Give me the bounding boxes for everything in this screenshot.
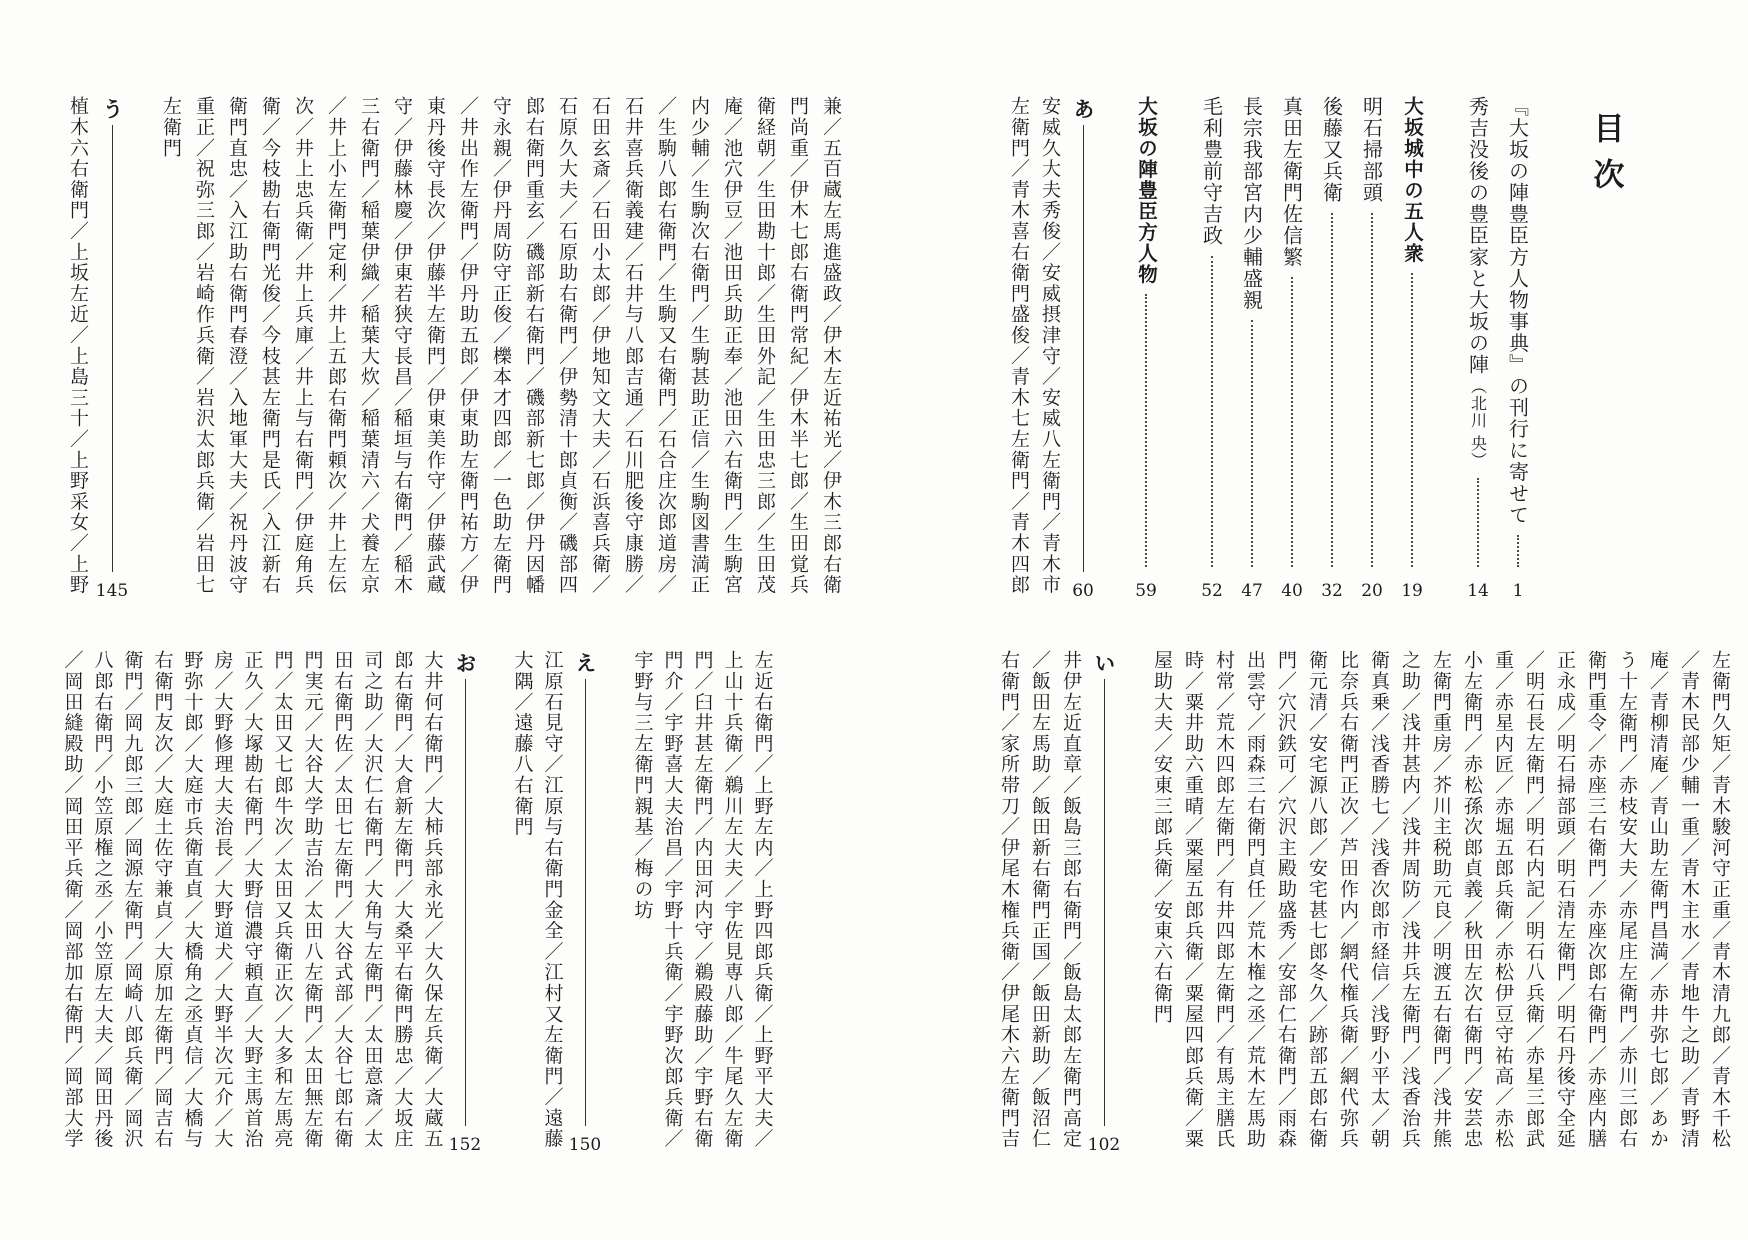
name-column: 出雲守／雨森三右衛門貞任／荒木権之丞／荒木左馬助 (1240, 650, 1271, 1155)
name-column: 門／臼井甚左衛門／内田河内守／鵜殿藤助／宇野右衛 (688, 650, 718, 1155)
toc-entry: 大坂の陣豊臣方人物59 (1126, 96, 1166, 601)
name-column-text: 石原久大夫／石原助右衛門／伊勢清十郎貞衡／磯部四 (554, 96, 581, 595)
name-column-text: 守／伊藤林慶／伊東若狭守長昌／稲垣与右衛門／稲木 (389, 96, 416, 595)
name-column: 野弥十郎／大庭市兵衛直貞／大橋角之丞貞信／大橋与 (178, 650, 208, 1155)
kana-section-header: い102 (1087, 650, 1121, 1155)
scanned-toc-page: { "tiers": { "rt": { "items": [ {"t":"ti… (0, 0, 1748, 1240)
toc-entry-label: 後藤又兵衛 (1318, 96, 1347, 204)
kana-section-header: え150 (568, 650, 602, 1155)
name-column: 左衛門久矩／青木駿河守正重／青木清九郎／青木千松 (1705, 650, 1736, 1155)
name-column-text: ／井上小左衛門定利／井上五郎右衛門頼次／井上左伝 (323, 96, 350, 595)
name-column: 重／赤星内匠／赤堀五郎兵衛／赤松伊豆守祐高／赤松 (1488, 650, 1519, 1155)
name-column: 衛門重令／赤座三右衛門／赤座次郎右衛門／赤座内膳 (1581, 650, 1612, 1155)
name-column: 大井何右衛門／大柿兵部永光／大久保左兵衛／大蔵五 (418, 650, 448, 1155)
name-column: 大隅／遠藤八右衛門 (508, 650, 538, 1155)
name-column: 東丹後守長次／伊藤半左衛門／伊東美作守／伊藤武蔵 (419, 96, 452, 601)
toc-entry: 長宗我部宮内少輔盛親47 (1232, 96, 1272, 601)
name-column-text: 庵／青柳清庵／青山助左衛門昌満／赤井弥七郎／あか (1645, 650, 1672, 1149)
name-column-text: 守永親／伊丹周防守正俊／櫟本才四郎／一色助左衛門 (488, 96, 515, 595)
name-column: 守／伊藤林慶／伊東若狭守長昌／稲垣与右衛門／稲木 (386, 96, 419, 601)
section-rule (1083, 125, 1084, 572)
name-column: 江原石見守／江原与右衛門金全／江村又左衛門／遠藤 (538, 650, 568, 1155)
name-column-text: 左近右衛門／上野左内／上野四郎兵衛／上野平大夫／ (750, 650, 777, 1149)
name-column-text: 東丹後守長次／伊藤半左衛門／伊東美作守／伊藤武蔵 (422, 96, 449, 595)
name-column: 井伊左近直章／飯島三郎右衛門／飯島太郎左衛門高定 (1056, 650, 1087, 1155)
toc-tier-right-bottom: 左衛門久矩／青木駿河守正重／青木清九郎／青木千松／青木民部少輔一重／青木主水／青… (994, 650, 1736, 1155)
page-number: 52 (1201, 576, 1223, 601)
dotted-leader (1331, 213, 1333, 568)
name-column-text: 上山十兵衛／鵜川左大夫／宇佐見専八郎／牛尾久左衛 (720, 650, 747, 1149)
name-column-text: 石井喜兵衛義建／石井与八郎吉通／石川肥後守康勝／ (620, 96, 647, 595)
name-column-text: 之助／浅井甚内／浅井周防／浅井兵左衛門／浅香治兵 (1397, 650, 1424, 1149)
name-column: 衛元清／安宅源八郎／安宅甚七郎冬久／跡部五郎右衛 (1302, 650, 1333, 1155)
name-column-text: 門尚重／伊木七郎右衛門常紀／伊木半七郎／生田覚兵 (785, 96, 812, 595)
name-column: 左衛門 (155, 96, 188, 601)
kana-section-label: え (570, 650, 600, 673)
kana-section-header: あ60 (1066, 96, 1100, 601)
name-column: 正永成／明石掃部頭／明石清左衛門／明石丹後守全延 (1550, 650, 1581, 1155)
toc-entry-label: 長宗我部宮内少輔盛親 (1238, 96, 1267, 311)
name-column-text: 門／太田又七郎牛次／太田又兵衛正次／大多和左馬亮 (270, 650, 297, 1149)
name-column: 兼／五百蔵左馬進盛政／伊木左近祐光／伊木三郎右衛 (815, 96, 848, 601)
name-column-text: 大隅／遠藤八右衛門 (510, 650, 537, 837)
name-column: 石田玄斎／石田小太郎／伊地知文大夫／石浜喜兵衛／ (584, 96, 617, 601)
name-column: 石井喜兵衛義建／石井与八郎吉通／石川肥後守康勝／ (617, 96, 650, 601)
section-rule (465, 679, 466, 1126)
name-column-text: 門介／宇野喜大夫治昌／宇野十兵衛／宇野次郎兵衛／ (660, 650, 687, 1149)
name-column-text: 衛門重令／赤座三右衛門／赤座次郎右衛門／赤座内膳 (1583, 650, 1610, 1149)
name-column: 屋助大夫／安東三郎兵衛／安東六右衛門 (1147, 650, 1178, 1155)
section-rule (1104, 679, 1105, 1126)
page-number: 152 (449, 1130, 481, 1155)
name-column-text: 左衛門久矩／青木駿河守正重／青木清九郎／青木千松 (1707, 650, 1734, 1149)
dotted-leader (1411, 273, 1413, 567)
dotted-leader (1251, 320, 1253, 567)
dotted-leader (1517, 535, 1519, 567)
toc-entry: 後藤又兵衛32 (1312, 96, 1352, 601)
name-column-text: 重正／祝弥三郎／岩崎作兵衛／岩沢太郎兵衛／岩田七 (191, 96, 218, 595)
toc-entry-label: 明石掃部頭 (1358, 96, 1387, 204)
name-column-text: 内少輔／生駒次右衛門／生駒甚助正信／生駒図書満正 (686, 96, 713, 595)
name-column: 郎右衛門／大倉新左衛門／大桑平右衛門勝忠／大坂庄 (388, 650, 418, 1155)
name-column-text: 衛／今枝勘右衛門光俊／今枝甚左衛門是氏／入江新右 (257, 96, 284, 595)
name-column-text: 石田玄斎／石田小太郎／伊地知文大夫／石浜喜兵衛／ (587, 96, 614, 595)
page-number: 47 (1241, 576, 1263, 601)
name-column-text: 安威久大夫秀俊／安威摂津守／安威八左衛門／青木市 (1037, 96, 1064, 595)
name-column: 衛／今枝勘右衛門光俊／今枝甚左衛門是氏／入江新右 (254, 96, 287, 601)
name-column-text: 房／大野修理大夫治長／大野道犬／大野半次元介／大 (210, 650, 237, 1149)
name-column: 三右衛門／稲葉伊織／稲葉大炊／稲葉清六／犬養左京 (353, 96, 386, 601)
name-column: ／井出作左衛門／伊丹助五郎／伊東助左衛門祐方／伊 (452, 96, 485, 601)
name-column-text: 門／臼井甚左衛門／内田河内守／鵜殿藤助／宇野右衛 (690, 650, 717, 1149)
page-number: 40 (1281, 576, 1303, 601)
name-column-text: ／明石長左衛門／明石内記／明石八兵衛／赤星三郎武 (1521, 650, 1548, 1149)
toc-entry-label: 真田左衛門佐信繁 (1278, 96, 1307, 268)
toc-tier-left-bottom: 左近右衛門／上野左内／上野四郎兵衛／上野平大夫／上山十兵衛／鵜川左大夫／宇佐見専… (80, 650, 778, 1155)
page-number: 32 (1321, 576, 1343, 601)
name-column-text: 門／穴沢鉄可／穴沢主殿助盛秀／安部仁右衛門／雨森 (1273, 650, 1300, 1149)
dotted-leader (1477, 478, 1479, 567)
name-column: 庵／青柳清庵／青山助左衛門昌満／赤井弥七郎／あか (1643, 650, 1674, 1155)
toc-entry: 『大坂の陣豊臣方人物事典』の刊行に寄せて1 (1498, 96, 1538, 601)
name-column: 重正／祝弥三郎／岩崎作兵衛／岩沢太郎兵衛／岩田七 (188, 96, 221, 601)
kana-section-label: う (97, 96, 127, 119)
name-column-text: 右衛門友次／大庭土佐守兼貞／大原加左衛門／岡吉右 (150, 650, 177, 1149)
name-column-text: 左衛門重房／芥川主税助元良／明渡五右衛門／浅井熊 (1428, 650, 1455, 1149)
name-column-text: 屋助大夫／安東三郎兵衛／安東六右衛門 (1149, 650, 1176, 1024)
name-column-text: 江原石見守／江原与右衛門金全／江村又左衛門／遠藤 (540, 650, 567, 1149)
toc-tier-left-top: 兼／五百蔵左馬進盛政／伊木左近祐光／伊木三郎右衛門尚重／伊木七郎右衛門常紀／伊木… (66, 96, 848, 601)
name-column-text: 宇野与三左衛門親基／梅の坊 (630, 650, 657, 920)
name-column-text: 郎右衛門／大倉新左衛門／大桑平右衛門勝忠／大坂庄 (390, 650, 417, 1149)
toc-entry-label: 秀吉没後の豊臣家と大坂の陣 (1464, 96, 1493, 376)
name-column: 正久／大塚勘右衛門／大野信濃守頼直／大野主馬首治 (238, 650, 268, 1155)
name-column: 衛経朝／生田勘十郎／生田外記／生田忠三郎／生田茂 (749, 96, 782, 601)
name-column: 右衛門／家所帯刀／伊尾木権兵衛／伊尾木六左衛門吉 (994, 650, 1025, 1155)
name-column: 植木六右衛門／上坂左近／上島三十／上野采女／上野 (62, 96, 95, 601)
kana-section-header: お152 (448, 650, 482, 1155)
kana-section-label: あ (1068, 96, 1098, 119)
name-column-text: 三右衛門／稲葉伊織／稲葉大炊／稲葉清六／犬養左京 (356, 96, 383, 595)
name-column: 衛門／岡九郎三郎／岡源左衛門／岡崎八郎兵衛／岡沢 (118, 650, 148, 1155)
name-column-text: 衛経朝／生田勘十郎／生田外記／生田忠三郎／生田茂 (752, 96, 779, 595)
toc-title-text: 目次 (1584, 96, 1629, 204)
name-column: 左近右衛門／上野左内／上野四郎兵衛／上野平大夫／ (748, 650, 778, 1155)
name-column-text: 正永成／明石掃部頭／明石清左衛門／明石丹後守全延 (1552, 650, 1579, 1149)
name-column-text: ／井出作左衛門／伊丹助五郎／伊東助左衛門祐方／伊 (455, 96, 482, 595)
name-column-text: 司之助／大沢仁右衛門／大角与左衛門／太田意斎／太 (360, 650, 387, 1149)
name-column-text: 村常／荒木四郎左衛門／有井四郎左衛門／有馬主膳氏 (1211, 650, 1238, 1149)
toc-entry-author: （北川 央） (1467, 378, 1490, 469)
name-column: 内少輔／生駒次右衛門／生駒甚助正信／生駒図書満正 (683, 96, 716, 601)
name-column: 小左衛門／赤松孫次郎貞義／秋田左次右衛門／安芸忠 (1457, 650, 1488, 1155)
name-column-text: 左衛門／青木喜右衛門盛俊／青木七左衛門／青木四郎 (1006, 96, 1033, 595)
name-column-text: 兼／五百蔵左馬進盛政／伊木左近祐光／伊木三郎右衛 (818, 96, 845, 595)
name-column: 庵／池穴伊豆／池田兵助正奉／池田六右衛門／生駒宮 (716, 96, 749, 601)
toc-entry: 大坂城中の五人衆19 (1392, 96, 1432, 601)
name-column: 比奈兵右衛門正次／芦田作内／網代権兵衛／網代弥兵 (1333, 650, 1364, 1155)
name-column: ／明石長左衛門／明石内記／明石八兵衛／赤星三郎武 (1519, 650, 1550, 1155)
name-column: 門実元／大谷大学助吉治／太田八左衛門／太田無左衛 (298, 650, 328, 1155)
toc-entry-label: 大坂の陣豊臣方人物 (1132, 96, 1160, 285)
toc-entry-label: 毛利豊前守吉政 (1198, 96, 1227, 247)
name-column: 右衛門友次／大庭土佐守兼貞／大原加左衛門／岡吉右 (148, 650, 178, 1155)
name-column: 司之助／大沢仁右衛門／大角与左衛門／太田意斎／太 (358, 650, 388, 1155)
name-column-text: 衛門／岡九郎三郎／岡源左衛門／岡崎八郎兵衛／岡沢 (120, 650, 147, 1149)
name-column-text: 次／井上忠兵衛／井上兵庫／井上与右衛門／伊庭角兵 (290, 96, 317, 595)
name-column: 門／穴沢鉄可／穴沢主殿助盛秀／安部仁右衛門／雨森 (1271, 650, 1302, 1155)
kana-section-label: お (450, 650, 480, 673)
name-column: ／青木民部少輔一重／青木主水／青地牛之助／青野清 (1674, 650, 1705, 1155)
page-number: 150 (569, 1130, 601, 1155)
name-column-text: う十左衛門／赤枝安大夫／赤尾庄左衛門／赤川三郎右 (1614, 650, 1641, 1149)
name-column-text: 庵／池穴伊豆／池田兵助正奉／池田六右衛門／生駒宮 (719, 96, 746, 595)
name-column: 時／粟井助六重晴／粟屋五郎兵衛／粟屋四郎兵衛／粟 (1178, 650, 1209, 1155)
name-column: ／岡田縫殿助／岡田平兵衛／岡部加右衛門／岡部大学 (58, 650, 88, 1155)
name-column-text: 小左衛門／赤松孫次郎貞義／秋田左次右衛門／安芸忠 (1459, 650, 1486, 1149)
name-column-text: ／岡田縫殿助／岡田平兵衛／岡部加右衛門／岡部大学 (60, 650, 87, 1149)
name-column: 郎右衛門重玄／磯部新右衛門／磯部新七郎／伊丹因幡 (518, 96, 551, 601)
name-column: 安威久大夫秀俊／安威摂津守／安威八左衛門／青木市 (1035, 96, 1066, 601)
name-column-text: 出雲守／雨森三右衛門貞任／荒木権之丞／荒木左馬助 (1242, 650, 1269, 1149)
name-column-text: ／飯田左馬助／飯田新右衛門正国／飯田新助／飯沼仁 (1027, 650, 1054, 1149)
name-column-text: 植木六右衛門／上坂左近／上島三十／上野采女／上野 (65, 96, 92, 595)
name-column: 房／大野修理大夫治長／大野道犬／大野半次元介／大 (208, 650, 238, 1155)
toc-entry: 明石掃部頭20 (1352, 96, 1392, 601)
page-number: 1 (1513, 576, 1524, 601)
name-column-text: 時／粟井助六重晴／粟屋五郎兵衛／粟屋四郎兵衛／粟 (1180, 650, 1207, 1149)
name-column-text: ／生駒八郎右衛門／生駒又右衛門／石合庄次郎道房／ (653, 96, 680, 595)
name-column-text: 重／赤星内匠／赤堀五郎兵衛／赤松伊豆守祐高／赤松 (1490, 650, 1517, 1149)
name-column-text: 正久／大塚勘右衛門／大野信濃守頼直／大野主馬首治 (240, 650, 267, 1149)
name-column: う十左衛門／赤枝安大夫／赤尾庄左衛門／赤川三郎右 (1612, 650, 1643, 1155)
page-number: 60 (1072, 576, 1094, 601)
name-column: 衛真乗／浅香勝七／浅香次郎市経信／浅野小平太／朝 (1364, 650, 1395, 1155)
toc-entry: 毛利豊前守吉政52 (1192, 96, 1232, 601)
name-column: 門尚重／伊木七郎右衛門常紀／伊木半七郎／生田覚兵 (782, 96, 815, 601)
name-column: 宇野与三左衛門親基／梅の坊 (628, 650, 658, 1155)
name-column: 次／井上忠兵衛／井上兵庫／井上与右衛門／伊庭角兵 (287, 96, 320, 601)
name-column: 之助／浅井甚内／浅井周防／浅井兵左衛門／浅香治兵 (1395, 650, 1426, 1155)
dotted-leader (1145, 294, 1147, 567)
page-number: 102 (1088, 1130, 1120, 1155)
name-column: 門介／宇野喜大夫治昌／宇野十兵衛／宇野次郎兵衛／ (658, 650, 688, 1155)
name-column-text: ／青木民部少輔一重／青木主水／青地牛之助／青野清 (1676, 650, 1703, 1149)
toc-entry-label: 大坂城中の五人衆 (1398, 96, 1426, 264)
name-column: 田右衛門佐／太田七左衛門／大谷式部／大谷七郎右衛 (328, 650, 358, 1155)
dotted-leader (1211, 256, 1213, 568)
name-column-text: 郎右衛門重玄／磯部新右衛門／磯部新七郎／伊丹因幡 (521, 96, 548, 595)
name-column-text: 比奈兵右衛門正次／芦田作内／網代権兵衛／網代弥兵 (1335, 650, 1362, 1149)
name-column: 村常／荒木四郎左衛門／有井四郎左衛門／有馬主膳氏 (1209, 650, 1240, 1155)
name-column-text: 左衛門 (158, 96, 185, 158)
toc-title: 目次 (1582, 96, 1630, 601)
dotted-leader (1291, 277, 1293, 567)
name-column-text: 野弥十郎／大庭市兵衛直貞／大橋角之丞貞信／大橋与 (180, 650, 207, 1149)
kana-section-header: う145 (95, 96, 129, 601)
section-rule (585, 679, 586, 1126)
name-column: 石原久大夫／石原助右衛門／伊勢清十郎貞衡／磯部四 (551, 96, 584, 601)
page-number: 14 (1467, 576, 1489, 601)
name-column-text: 衛門直忠／入江助右衛門春澄／入地軍大夫／祝丹波守 (224, 96, 251, 595)
name-column: 左衛門重房／芥川主税助元良／明渡五右衛門／浅井熊 (1426, 650, 1457, 1155)
name-column: 左衛門／青木喜右衛門盛俊／青木七左衛門／青木四郎 (1004, 96, 1035, 601)
page-number: 59 (1135, 576, 1157, 601)
toc-tier-right-top: 目次『大坂の陣豊臣方人物事典』の刊行に寄せて1秀吉没後の豊臣家と大坂の陣（北川 … (978, 96, 1630, 601)
toc-entry-label: 『大坂の陣豊臣方人物事典』の刊行に寄せて (1504, 96, 1533, 526)
dotted-leader (1371, 213, 1373, 568)
name-column: ／生駒八郎右衛門／生駒又右衛門／石合庄次郎道房／ (650, 96, 683, 601)
toc-entry: 真田左衛門佐信繁40 (1272, 96, 1312, 601)
page-number: 20 (1361, 576, 1383, 601)
name-column-text: 大井何右衛門／大柿兵部永光／大久保左兵衛／大蔵五 (420, 650, 447, 1149)
name-column-text: 八郎右衛門／小笠原権之丞／小笠原左大夫／岡田丹後 (90, 650, 117, 1149)
toc-entry: 秀吉没後の豊臣家と大坂の陣（北川 央）14 (1458, 96, 1498, 601)
name-column: ／井上小左衛門定利／井上五郎右衛門頼次／井上左伝 (320, 96, 353, 601)
name-column: 八郎右衛門／小笠原権之丞／小笠原左大夫／岡田丹後 (88, 650, 118, 1155)
name-column-text: 門実元／大谷大学助吉治／太田八左衛門／太田無左衛 (300, 650, 327, 1149)
name-column-text: 衛真乗／浅香勝七／浅香次郎市経信／浅野小平太／朝 (1366, 650, 1393, 1149)
kana-section-label: い (1089, 650, 1119, 673)
name-column: 守永親／伊丹周防守正俊／櫟本才四郎／一色助左衛門 (485, 96, 518, 601)
name-column: 上山十兵衛／鵜川左大夫／宇佐見専八郎／牛尾久左衛 (718, 650, 748, 1155)
name-column: 門／太田又七郎牛次／太田又兵衛正次／大多和左馬亮 (268, 650, 298, 1155)
name-column-text: 田右衛門佐／太田七左衛門／大谷式部／大谷七郎右衛 (330, 650, 357, 1149)
page-number: 19 (1401, 576, 1423, 601)
name-column-text: 右衛門／家所帯刀／伊尾木権兵衛／伊尾木六左衛門吉 (996, 650, 1023, 1149)
page-number: 145 (96, 576, 128, 601)
name-column: ／飯田左馬助／飯田新右衛門正国／飯田新助／飯沼仁 (1025, 650, 1056, 1155)
name-column: 衛門直忠／入江助右衛門春澄／入地軍大夫／祝丹波守 (221, 96, 254, 601)
section-rule (112, 125, 113, 572)
name-column-text: 井伊左近直章／飯島三郎右衛門／飯島太郎左衛門高定 (1058, 650, 1085, 1149)
name-column-text: 衛元清／安宅源八郎／安宅甚七郎冬久／跡部五郎右衛 (1304, 650, 1331, 1149)
